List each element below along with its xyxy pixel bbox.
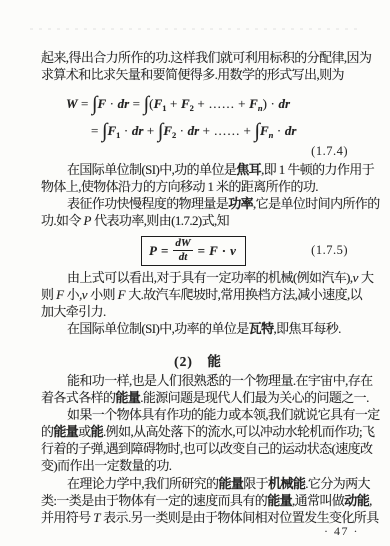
text-segment: F bbox=[249, 96, 258, 111]
text-segment: 功.如令 bbox=[41, 213, 84, 228]
text-segment: 瓦特 bbox=[249, 321, 274, 336]
text-line: 则 F 小,v 小则 F 大.故汽车爬坡时,常用换档方法,减小速度,以 bbox=[41, 286, 355, 303]
text-segment: 物体上,使物体沿力的方向移动 1 米的距离所作的功. bbox=[41, 179, 318, 194]
text-segment: 在理论力学中,我们所研究的 bbox=[67, 476, 218, 491]
text-line: 变)而作出一定数量的功. bbox=[41, 457, 355, 474]
equation-line-1: W = ∫F · dr = ∫(F1 + F2 + …… + Fn) · dr bbox=[66, 90, 355, 117]
text-line: 在理论力学中,我们所研究的能量限于机械能.它分为两大 bbox=[41, 475, 355, 492]
text-line: 由上式可以看出,对于具有一定功率的机械(例如汽车),v 大 bbox=[41, 269, 355, 286]
text-segment: 动能 bbox=[344, 493, 369, 508]
text-segment: .它分为两大 bbox=[305, 476, 370, 491]
page-number: · 47 · bbox=[324, 524, 359, 539]
scan-noise-artifact bbox=[30, 28, 360, 30]
text-segment: 行着的子弹,遇到障碍物时,也可以改变自己的运动状态(速度改 bbox=[41, 441, 372, 456]
text-segment: 小则 bbox=[88, 287, 118, 302]
text-segment: 能量 bbox=[267, 493, 292, 508]
equation-number-175: (1.7.5) bbox=[311, 243, 348, 258]
text-segment: 加大牵引力. bbox=[41, 304, 106, 319]
text-segment: = bbox=[129, 96, 143, 111]
text-segment: .能源问题是现代人们最为关心的问题之一. bbox=[140, 390, 369, 405]
text-segment: 机械能 bbox=[268, 476, 305, 491]
text-segment: 能和功一样,也是人们很熟悉的一个物理量.在宇宙中,存在 bbox=[67, 373, 373, 388]
text-segment: ,即焦耳每秒. bbox=[273, 321, 340, 336]
text-line: 着各式各样的能量.能源问题是现代人们最为关心的问题之一. bbox=[41, 389, 355, 406]
text-segment: 由上式可以看出,对于具有一定功率的机械(例如汽车), bbox=[67, 270, 353, 285]
text-segment: · bbox=[176, 123, 187, 138]
force-symbol: F bbox=[209, 243, 218, 259]
text-segment: dr bbox=[285, 123, 297, 138]
text-segment: F bbox=[181, 96, 190, 111]
text-segment: 求算术和比求矢量和要简便得多.用数学的形式写出,则为 bbox=[41, 67, 344, 82]
text-segment: + bbox=[167, 96, 181, 111]
paragraph-power: 由上式可以看出,对于具有一定功率的机械(例如汽车),v 大则 F 小,v 小则 … bbox=[41, 269, 355, 337]
text-segment: 能量 bbox=[115, 390, 140, 405]
text-line: 类:一类是由于物体有一定的速度而具有的能量,通常叫做动能, bbox=[41, 492, 355, 509]
text-segment: ,即 1 牛顿的力作用于 bbox=[261, 162, 374, 177]
equation-number-174: (1.7.4) bbox=[41, 144, 355, 159]
textbook-page: 起来,得出合力所作的功.这样我们就可利用标积的分配律,因为求算术和比求矢量和要简… bbox=[0, 0, 390, 546]
text-segment: ,通常叫做 bbox=[292, 493, 344, 508]
text-segment: , bbox=[369, 493, 372, 508]
text-segment: 小, bbox=[64, 287, 82, 302]
text-segment: 能 bbox=[91, 424, 103, 439]
fraction-denominator: dt bbox=[179, 251, 188, 264]
text-segment: + …… + bbox=[194, 96, 249, 111]
text-segment: 着各式各样的 bbox=[41, 390, 115, 405]
text-segment: 能量 bbox=[218, 476, 243, 491]
equals-sign: = bbox=[157, 243, 172, 259]
page-body: 起来,得出合力所作的功.这样我们就可利用标积的分配律,因为求算术和比求矢量和要简… bbox=[41, 49, 355, 526]
text-segment: 大 bbox=[358, 270, 373, 285]
text-line: 起来,得出合力所作的功.这样我们就可利用标积的分配律,因为 bbox=[41, 49, 355, 66]
text-segment: F bbox=[163, 123, 172, 138]
text-segment: = bbox=[78, 96, 92, 111]
text-segment: .例如,从高处落下的流水,可以冲动水轮机而作功;飞 bbox=[103, 424, 374, 439]
equation-1-7-4: W = ∫F · dr = ∫(F1 + F2 + …… + Fn) · dr … bbox=[41, 90, 355, 159]
section-heading-energy: (2) 能 bbox=[41, 353, 355, 370]
text-segment: · bbox=[106, 96, 117, 111]
text-line: 表征作功快慢程度的物理量是功率,它是单位时间内所作的 bbox=[41, 195, 355, 212]
text-line: 如果一个物体具有作功的能力或本领,我们就说它具有一定 bbox=[41, 406, 355, 423]
text-segment: 如果一个物体具有作功的能力或本领,我们就说它具有一定 bbox=[67, 407, 380, 422]
text-segment: + …… + bbox=[199, 123, 254, 138]
text-line: 在国际单位制(SI)中,功的单位是焦耳,即 1 牛顿的力作用于 bbox=[41, 161, 355, 178]
text-segment: 限于 bbox=[243, 476, 268, 491]
text-segment: 起来,得出合力所作的功.这样我们就可利用标积的分配律,因为 bbox=[41, 50, 371, 65]
text-segment: 代表功率,则由(1.7.2)式,知 bbox=[91, 213, 229, 228]
equation-line-2: = ∫F1 · dr + ∫F2 · dr + …… + ∫Fn · dr bbox=[91, 117, 355, 144]
text-line: 在国际单位制(SI)中,功率的单位是瓦特,即焦耳每秒. bbox=[41, 320, 355, 337]
text-segment: · bbox=[120, 123, 131, 138]
text-segment: 在国际单位制(SI)中,功的单位是 bbox=[67, 162, 236, 177]
text-segment: + bbox=[143, 123, 157, 138]
boxed-formula: P = dW dt = F · v bbox=[141, 236, 246, 266]
text-segment: dr bbox=[118, 96, 130, 111]
paragraph-intro: 起来,得出合力所作的功.这样我们就可利用标积的分配律,因为求算术和比求矢量和要简… bbox=[41, 49, 355, 83]
fraction-numerator: dW bbox=[173, 237, 192, 251]
text-segment: 或 bbox=[78, 424, 90, 439]
text-segment: W bbox=[66, 96, 78, 111]
text-segment: dr bbox=[132, 123, 144, 138]
text-segment: F bbox=[56, 287, 64, 302]
text-segment: F bbox=[107, 123, 116, 138]
text-line: 功.如令 P 代表功率,则由(1.7.2)式,知 bbox=[41, 212, 355, 229]
text-line: 的能量或能.例如,从高处落下的流水,可以冲动水轮机而作功;飞 bbox=[41, 423, 355, 440]
dot-product: · bbox=[218, 243, 230, 259]
text-line: 加大牵引力. bbox=[41, 303, 355, 320]
text-segment: ,它是单位时间内所作的 bbox=[253, 196, 380, 211]
paragraph-energy: 能和功一样,也是人们很熟悉的一个物理量.在宇宙中,存在着各式各样的能量.能源问题… bbox=[41, 372, 355, 526]
power-symbol: P bbox=[149, 243, 157, 259]
derivative-fraction: dW dt bbox=[173, 237, 192, 263]
text-segment: 类:一类是由于物体有一定的速度而具有的 bbox=[41, 493, 267, 508]
text-segment: F bbox=[118, 287, 126, 302]
text-segment: 能量 bbox=[53, 424, 78, 439]
text-segment: 焦耳 bbox=[236, 162, 261, 177]
equals-sign: = bbox=[194, 243, 209, 259]
text-segment: F bbox=[260, 123, 269, 138]
text-line: 求算术和比求矢量和要简便得多.用数学的形式写出,则为 bbox=[41, 66, 355, 83]
paragraph-si-unit: 在国际单位制(SI)中,功的单位是焦耳,即 1 牛顿的力作用于物体上,使物体沿力… bbox=[41, 161, 355, 229]
equation-1-7-5: P = dW dt = F · v (1.7.5) bbox=[41, 236, 355, 268]
velocity-symbol: v bbox=[230, 243, 236, 259]
text-segment: F bbox=[97, 96, 106, 111]
text-segment: = bbox=[91, 123, 102, 138]
text-segment: 则 bbox=[41, 287, 56, 302]
text-segment: 并用符号 bbox=[41, 510, 93, 525]
text-segment: 功率 bbox=[228, 196, 253, 211]
text-segment: 变)而作出一定数量的功. bbox=[41, 458, 171, 473]
text-segment: 在国际单位制(SI)中,功率的单位是 bbox=[67, 321, 249, 336]
text-segment: F bbox=[154, 96, 163, 111]
text-segment: 表示.另一类则是由于物体间相对位置发生变化所具 bbox=[101, 510, 379, 525]
text-segment: dr bbox=[279, 96, 291, 111]
text-segment: T bbox=[93, 510, 100, 525]
text-line: 能和功一样,也是人们很熟悉的一个物理量.在宇宙中,存在 bbox=[41, 372, 355, 389]
text-segment: 的 bbox=[41, 424, 53, 439]
text-line: 物体上,使物体沿力的方向移动 1 米的距离所作的功. bbox=[41, 178, 355, 195]
text-segment: ) · bbox=[263, 96, 279, 111]
text-segment: 表征作功快慢程度的物理量是 bbox=[67, 196, 228, 211]
text-line: 行着的子弹,遇到障碍物时,也可以改变自己的运动状态(速度改 bbox=[41, 440, 355, 457]
text-segment: 大.故汽车爬坡时,常用换档方法,减小速度,以 bbox=[126, 287, 362, 302]
text-line: 并用符号 T 表示.另一类则是由于物体间相对位置发生变化所具 bbox=[41, 509, 355, 526]
text-segment: · bbox=[273, 123, 284, 138]
text-segment: dr bbox=[188, 123, 200, 138]
